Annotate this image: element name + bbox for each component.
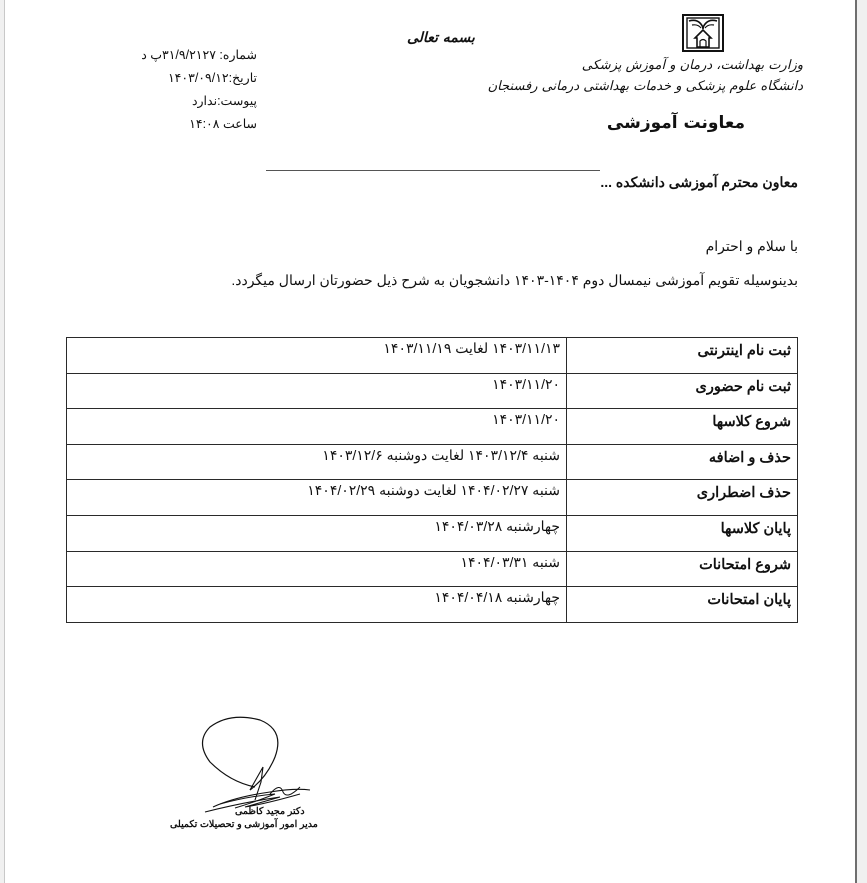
table-row: حذف و اضافه شنبه ۱۴۰۳/۱۲/۴ لغایت دوشنبه … — [67, 444, 798, 480]
table-row: شروع کلاسها ۱۴۰۳/۱۱/۲۰ — [67, 409, 798, 445]
letter-attachment: پیوست:ندارد — [141, 90, 257, 113]
row-value: شنبه ۱۴۰۴/۰۲/۲۷ لغایت دوشنبه ۱۴۰۴/۰۲/۲۹ — [67, 480, 567, 516]
letter-time: ساعت ۱۴:۰۸ — [141, 113, 257, 136]
row-value: شنبه ۱۴۰۳/۱۲/۴ لغایت دوشنبه ۱۴۰۳/۱۲/۶ — [67, 444, 567, 480]
addressee: معاون محترم آموزشی دانشکده ... — [600, 174, 798, 191]
row-label: حذف و اضافه — [567, 444, 798, 480]
row-label: حذف اضطراری — [567, 480, 798, 516]
signatory-title: مدیر امور آموزشی و تحصیلات تکمیلی — [170, 819, 318, 830]
letter-date: تاریخ:۱۴۰۳/۰۹/۱۲ — [141, 67, 257, 90]
signatory-name: دکتر مجید کاظمی — [235, 806, 305, 817]
greeting: با سلام و احترام — [706, 238, 798, 255]
row-value: شنبه ۱۴۰۴/۰۳/۳۱ — [67, 551, 567, 587]
letter-meta: شماره: ۳۱/۹/۲۱۲۷پ د تاریخ:۱۴۰۳/۰۹/۱۲ پیو… — [141, 44, 257, 136]
table-row: حذف اضطراری شنبه ۱۴۰۴/۰۲/۲۷ لغایت دوشنبه… — [67, 480, 798, 516]
university-name: دانشگاه علوم پزشکی و خدمات بهداشتی درمان… — [488, 79, 803, 94]
addressee-underline — [266, 170, 600, 171]
row-label: شروع کلاسها — [567, 409, 798, 445]
row-label: ثبت نام حضوری — [567, 373, 798, 409]
letter-page: وزارت بهداشت، درمان و آموزش پزشکی دانشگا… — [4, 0, 857, 883]
row-value: ۱۴۰۳/۱۱/۲۰ — [67, 409, 567, 445]
department-name: معاونت آموزشی — [607, 113, 745, 133]
academic-calendar-table: ثبت نام اینترنتی ۱۴۰۳/۱۱/۱۳ لغایت ۱۴۰۳/۱… — [66, 337, 798, 623]
row-label: پایان کلاسها — [567, 515, 798, 551]
row-value: چهارشنبه ۱۴۰۴/۰۴/۱۸ — [67, 587, 567, 623]
table-row: ثبت نام حضوری ۱۴۰۳/۱۱/۲۰ — [67, 373, 798, 409]
row-value: ۱۴۰۳/۱۱/۱۳ لغایت ۱۴۰۳/۱۱/۱۹ — [67, 338, 567, 374]
row-value: ۱۴۰۳/۱۱/۲۰ — [67, 373, 567, 409]
university-emblem-icon — [680, 13, 726, 53]
body-text: بدینوسیله تقویم آموزشی نیمسال دوم ۱۴۰۴-۱… — [231, 272, 798, 289]
letter-number: شماره: ۳۱/۹/۲۱۲۷پ د — [141, 44, 257, 67]
row-label: ثبت نام اینترنتی — [567, 338, 798, 374]
table-row: پایان امتحانات چهارشنبه ۱۴۰۴/۰۴/۱۸ — [67, 587, 798, 623]
table-row: ثبت نام اینترنتی ۱۴۰۳/۱۱/۱۳ لغایت ۱۴۰۳/۱… — [67, 338, 798, 374]
ministry-name: وزارت بهداشت، درمان و آموزش پزشکی — [582, 58, 803, 73]
row-value: چهارشنبه ۱۴۰۴/۰۳/۲۸ — [67, 515, 567, 551]
row-label: پایان امتحانات — [567, 587, 798, 623]
table-row: پایان کلاسها چهارشنبه ۱۴۰۴/۰۳/۲۸ — [67, 515, 798, 551]
row-label: شروع امتحانات — [567, 551, 798, 587]
basmala-heading: بسمه تعالی — [407, 30, 475, 46]
table-row: شروع امتحانات شنبه ۱۴۰۴/۰۳/۳۱ — [67, 551, 798, 587]
